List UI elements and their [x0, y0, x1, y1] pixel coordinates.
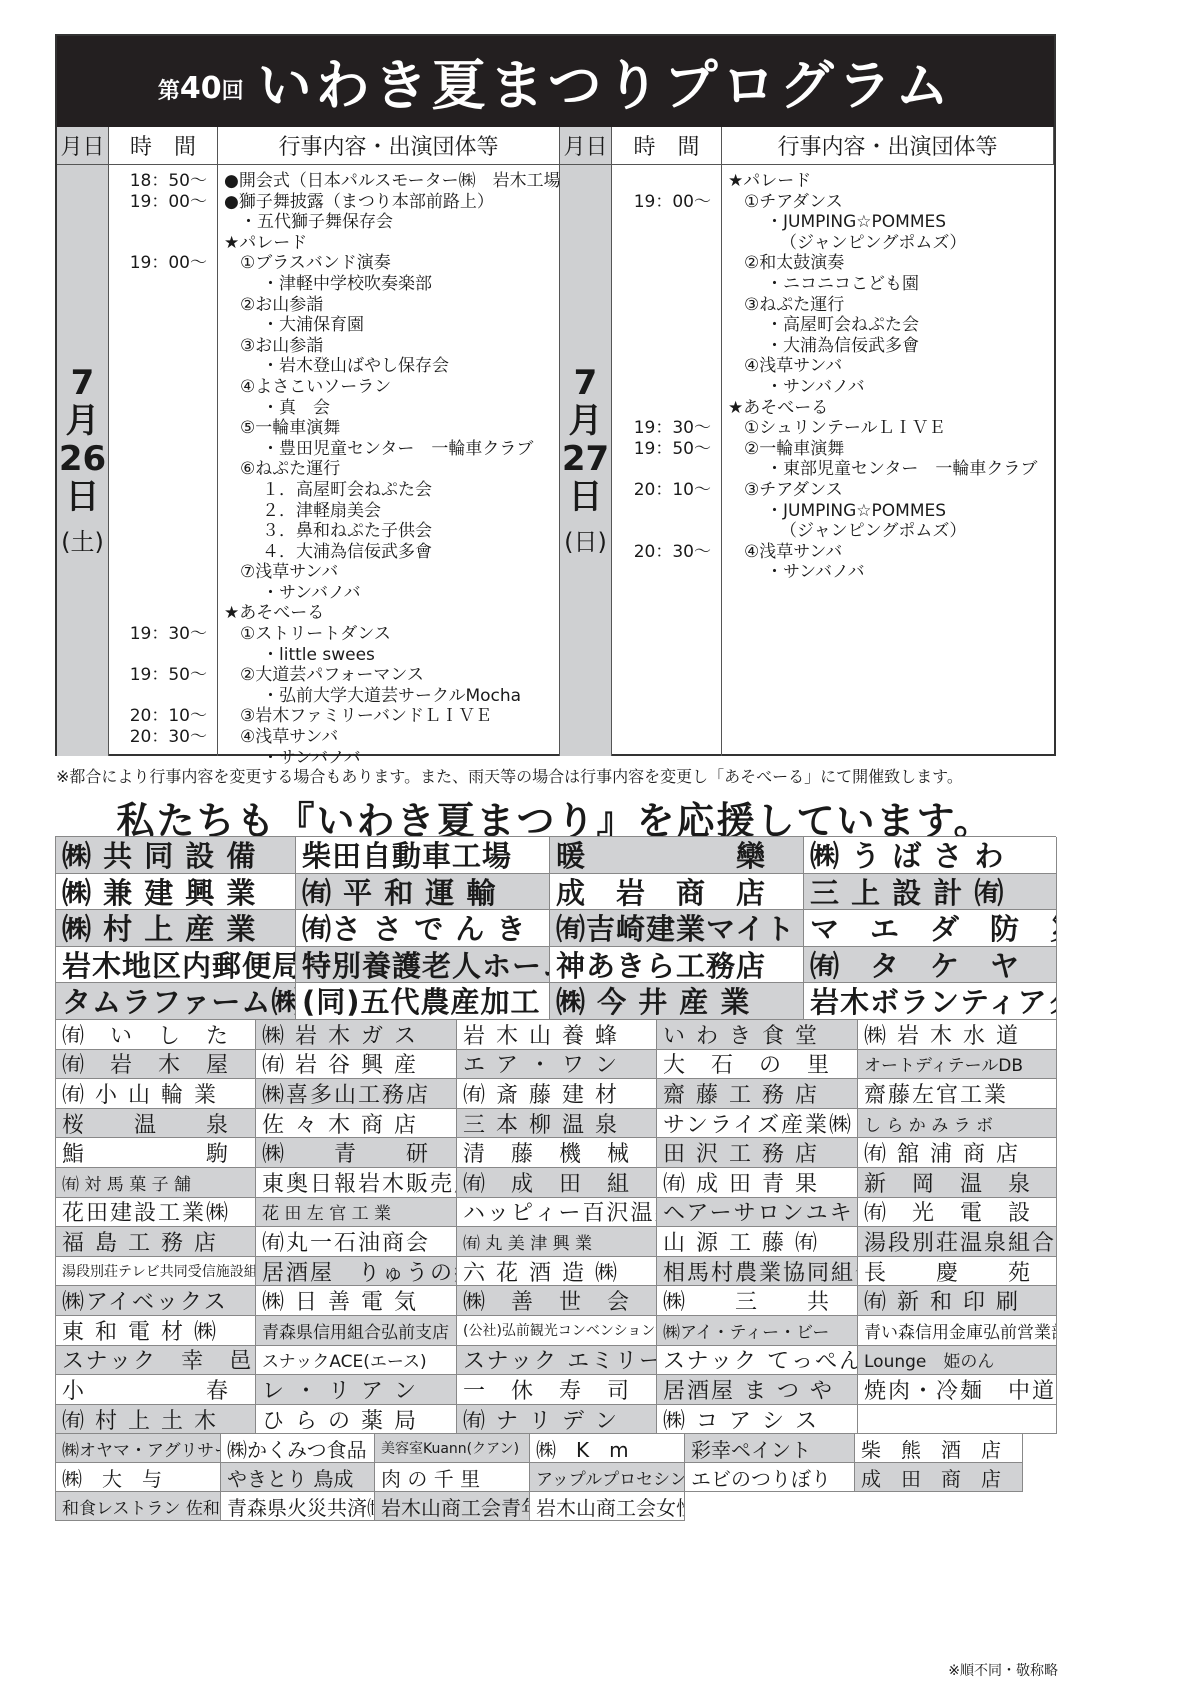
time-slot	[109, 336, 217, 357]
sponsor-cell: 居酒屋 りゅうの郷	[256, 1257, 457, 1287]
sponsor-cell: ㈲ 成 田 組	[457, 1168, 657, 1198]
time-slot: 20：10～	[612, 480, 721, 501]
sponsor-cell: 岩木山商工会青年部	[375, 1492, 530, 1521]
time-slot	[612, 315, 721, 336]
sponsor-cell: サンライズ産業㈱	[657, 1109, 858, 1139]
sponsor-cell: ㈱ 岩 木 ガ ス	[256, 1020, 457, 1050]
sponsor-cell: 青森県信用組合弘前支店	[256, 1316, 457, 1346]
time-slot	[612, 521, 721, 542]
event-line: ④浅草サンバ	[722, 356, 1054, 377]
event-line: ★パレード	[218, 233, 559, 254]
sponsor-cell: 花田建設工業㈱	[56, 1198, 256, 1228]
sponsor-cell: 成 岩 商 店	[550, 874, 804, 911]
sponsor-cell: 大 石 の 里	[657, 1050, 858, 1080]
time-slot	[612, 336, 721, 357]
sponsor-cell: やきとり 鳥成	[221, 1463, 375, 1492]
event-line: ●開会式（日本パルスモーター㈱ 岩木工場駐車場）	[218, 171, 559, 192]
sponsor-cell: 佐 々 木 商 店	[256, 1109, 457, 1139]
sponsor-cell: ㈲ ナ リ デ ン	[457, 1405, 657, 1435]
time-slot: 20：10～	[109, 706, 217, 727]
event-line: ③チアダンス	[722, 480, 1054, 501]
header-time: 時 間	[612, 127, 722, 165]
event-line: ★あそべーる	[218, 603, 559, 624]
sponsor-cell: ハッピィー百沢温泉	[457, 1198, 657, 1228]
time-slot	[109, 274, 217, 295]
sponsor-cell: 岩 木 山 養 蜂	[457, 1020, 657, 1050]
time-slot	[109, 212, 217, 233]
sponsor-cell: ㈲ 対 馬 菓 子 舗	[56, 1168, 256, 1198]
time-slot	[612, 356, 721, 377]
sponsor-cell: ㈱ 今 井 産 業	[550, 983, 804, 1020]
time-slot	[612, 212, 721, 233]
time-slot	[612, 501, 721, 522]
sponsor-cell: ㈱ 共 同 設 備	[56, 837, 296, 874]
time-slot	[109, 521, 217, 542]
time-slot: 19：00～	[612, 192, 721, 213]
sponsor-cell: スナック 幸 邑	[56, 1346, 256, 1376]
event-line: ・JUMPING☆POMMES	[722, 212, 1054, 233]
event-line: ④よさこいソーラン	[218, 377, 559, 398]
time-slot	[109, 542, 217, 563]
header-content: 行事内容・出演団体等	[722, 127, 1054, 165]
sponsor-cell: オートディテールDB	[858, 1050, 1057, 1080]
time-slot: 19：00～	[109, 192, 217, 213]
sponsor-cell: 東 和 電 材 ㈱	[56, 1316, 256, 1346]
sponsor-cell: ㈲ 平 和 運 輸	[296, 874, 550, 911]
event-line: ②和太鼓演奏	[722, 253, 1054, 274]
time-slot: 19：30～	[612, 418, 721, 439]
time-slot	[109, 398, 217, 419]
sponsor-cell: ㈲吉崎建業マイト	[550, 910, 804, 947]
event-line: ●獅子舞披露（まつり本部前路上）	[218, 192, 559, 213]
time-slot	[109, 459, 217, 480]
sponsor-cell: ㈲ 村 上 土 木	[56, 1405, 256, 1435]
time-slot	[612, 253, 721, 274]
sponsor-cell: ㈱ 兼 建 興 業	[56, 874, 296, 911]
sponsor-cell: ㈲ 光 電 設	[858, 1198, 1057, 1228]
event-line: １．高屋町会ねぷた会	[218, 480, 559, 501]
sponsor-cell: ㈱ 日 善 電 気	[256, 1286, 457, 1316]
sponsor-cell: ㈲ 岩 谷 興 産	[256, 1050, 457, 1080]
time-slot	[612, 398, 721, 419]
sponsor-cell: 彩幸ペイント	[685, 1434, 855, 1463]
event-line: ４．大浦為信佞武多會	[218, 542, 559, 563]
event-line: ・高屋町会ねぷた会	[722, 315, 1054, 336]
sponsor-cell: 清 藤 機 械	[457, 1138, 657, 1168]
sponsor-cell: レ ・ リ ア ン	[256, 1375, 457, 1405]
sponsor-cell: ㈲ 新 和 印 刷	[858, 1286, 1057, 1316]
sponsor-cell: し ら か み ラ ボ	[858, 1109, 1057, 1139]
header-date: 月日	[560, 127, 612, 165]
title-bar: 第40回 いわき夏まつりプログラム	[57, 36, 1054, 127]
sponsor-cell: 一 休 寿 司	[457, 1375, 657, 1405]
sponsor-cell: ㈱かくみつ食品	[221, 1434, 375, 1463]
sponsor-cell: 相馬村農業協同組合	[657, 1257, 858, 1287]
event-line: ・サンバノバ	[218, 583, 559, 604]
day-char: 日	[66, 478, 100, 516]
time-slot: 19：00～	[109, 253, 217, 274]
sponsor-cell: タムラファーム㈱	[56, 983, 296, 1020]
month-char: 月	[66, 402, 100, 440]
sponsor-cell: ㈱ 善 世 会	[457, 1286, 657, 1316]
event-line: ③ねぷた運行	[722, 295, 1054, 316]
sponsor-cell: ㈲ 斎 藤 建 材	[457, 1079, 657, 1109]
sponsor-cell: 湯段別荘温泉組合	[858, 1227, 1057, 1257]
date-cell-day1: 7 月 26 日 (土)	[57, 165, 109, 756]
sponsor-cell: ㈲ 舘 浦 商 店	[858, 1138, 1057, 1168]
event-line: ・岩木登山ばやし保存会	[218, 356, 559, 377]
time-slot	[109, 645, 217, 666]
sponsor-cell: 長 慶 苑	[858, 1257, 1057, 1287]
sponsor-cell: 齋藤左官工業	[858, 1079, 1057, 1109]
month: 7	[574, 364, 598, 402]
event-line: ⑥ねぷた運行	[218, 459, 559, 480]
event-line: ・大浦保育園	[218, 315, 559, 336]
sponsor-cell: 東奥日報岩木販売店	[256, 1168, 457, 1198]
event-line: （ジャンピングポムズ）	[722, 521, 1054, 542]
event-line: ・little swees	[218, 645, 559, 666]
sponsor-cell: 三 本 柳 温 泉	[457, 1109, 657, 1139]
sponsor-cell: (公社)弘前観光コンベンション協会	[457, 1316, 657, 1346]
sponsor-cell: 特別養護老人ホーム松山荘	[296, 947, 550, 984]
time-slot	[109, 501, 217, 522]
time-slot	[109, 377, 217, 398]
sponsor-cell: 成 田 商 店	[855, 1463, 1023, 1492]
sponsor-cell: ㈱アイベックス	[56, 1286, 256, 1316]
sponsor-cell: 神あきら工務店	[550, 947, 804, 984]
sponsor-cell: Lounge 姫のん	[858, 1346, 1057, 1376]
sponsor-cell: 肉 の 千 里	[375, 1463, 530, 1492]
sponsor-cell: い わ き 食 堂	[657, 1020, 858, 1050]
time-slot	[612, 171, 721, 192]
event-line: ★パレード	[722, 171, 1054, 192]
time-slot	[109, 356, 217, 377]
weekday: (土)	[61, 522, 104, 557]
sponsor-cell: アップルプロセシング	[530, 1463, 685, 1492]
event-line: ２．津軽扇美会	[218, 501, 559, 522]
time-slot	[109, 315, 217, 336]
edition-label: 第40回	[158, 71, 244, 106]
sponsor-cell: ヘアーサロンユキ	[657, 1198, 858, 1228]
time-slot	[109, 439, 217, 460]
sponsor-cell: ㈱アイ・ティー・ビー	[657, 1316, 858, 1346]
event-line: ・JUMPING☆POMMES	[722, 501, 1054, 522]
event-line: ★あそべーる	[722, 398, 1054, 419]
month: 7	[71, 364, 95, 402]
time-slot: 20：30～	[612, 542, 721, 563]
sponsor-cell: ㈱ 岩 木 水 道	[858, 1020, 1057, 1050]
event-line: ・東部児童センター 一輪車クラブ	[722, 459, 1054, 480]
time-slot	[109, 480, 217, 501]
event-line: ②大道芸パフォーマンス	[218, 665, 559, 686]
event-line: ③岩木ファミリーバンドＬＩＶＥ	[218, 706, 559, 727]
time-column-day2: 19：00～19：30～19：50～20：10～20：30～	[612, 165, 722, 756]
header-date: 月日	[57, 127, 109, 165]
sponsor-cell	[858, 1405, 1057, 1435]
event-column-day1: ●開会式（日本パルスモーター㈱ 岩木工場駐車場）●獅子舞披露（まつり本部前路上）…	[218, 165, 560, 756]
sponsor-grid-large: ㈱ 共 同 設 備柴田自動車工場暖 欒㈱ う ば さ わ㈱ 兼 建 興 業㈲ 平…	[55, 836, 1056, 1020]
time-slot	[109, 583, 217, 604]
time-slot	[612, 459, 721, 480]
time-slot: 19：50～	[612, 439, 721, 460]
event-line: ②一輪車演舞	[722, 439, 1054, 460]
sponsor-cell: スナック エミリー	[457, 1346, 657, 1376]
sponsor-cell: 六 花 酒 造 ㈱	[457, 1257, 657, 1287]
time-slot	[109, 233, 217, 254]
event-line: ・津軽中学校吹奏楽部	[218, 274, 559, 295]
sponsor-cell: 花 田 左 官 工 業	[256, 1198, 457, 1228]
time-slot	[109, 686, 217, 707]
sponsor-cell: 田 沢 工 務 店	[657, 1138, 858, 1168]
order-note: ※順不同・敬称略	[948, 1660, 1058, 1680]
event-line: ・サンバノバ	[722, 377, 1054, 398]
sponsor-cell: ㈲丸一石油商会	[256, 1227, 457, 1257]
event-line: ・サンバノバ	[722, 562, 1054, 583]
event-line: ④浅草サンバ	[218, 727, 559, 748]
sponsor-cell: ㈲ 岩 木 屋	[56, 1050, 256, 1080]
sponsor-grid-small: ㈱オヤマ・アグリサービス㈱かくみつ食品美容室Kuann(クアン)㈱ K m彩幸ペ…	[55, 1433, 1056, 1521]
sponsor-cell: (同)五代農産加工	[296, 983, 550, 1020]
time-slot	[109, 295, 217, 316]
time-slot: 19：50～	[109, 665, 217, 686]
event-line: ・ニコニコこども園	[722, 274, 1054, 295]
time-slot	[612, 295, 721, 316]
event-line: ①ストリートダンス	[218, 624, 559, 645]
rain-note: ※都合により行事内容を変更する場合もあります。また、雨天等の場合は行事内容を変更…	[56, 764, 1056, 787]
day: 26	[59, 440, 106, 478]
sponsor-grid-medium: ㈲ い し た㈱ 岩 木 ガ ス岩 木 山 養 蜂い わ き 食 堂㈱ 岩 木 …	[55, 1019, 1056, 1434]
weekday: (日)	[564, 522, 607, 557]
edition-suffix: 回	[222, 79, 244, 104]
sponsor-cell: ㈱オヤマ・アグリサービス	[56, 1434, 221, 1463]
event-line: ・大浦為信佞武多會	[722, 336, 1054, 357]
sponsor-cell: ㈱ 青 研	[256, 1138, 457, 1168]
event-line: ３．鼻和ねぷた子供会	[218, 521, 559, 542]
time-slot: 20：30～	[109, 727, 217, 748]
event-line: ・五代獅子舞保存会	[218, 212, 559, 233]
edition-number: 40	[180, 71, 222, 106]
header-time: 時 間	[109, 127, 218, 165]
sponsor-cell: 焼肉・冷麺 中道	[858, 1375, 1057, 1405]
sponsor-cell: ㈱ 村 上 産 業	[56, 910, 296, 947]
sponsor-cell: ㈱ コ ア シ ス	[657, 1405, 858, 1435]
sponsor-cell: 福 島 工 務 店	[56, 1227, 256, 1257]
event-line: ①シュリンテールＬＩＶＥ	[722, 418, 1054, 439]
time-slot	[612, 233, 721, 254]
time-slot	[612, 274, 721, 295]
sponsor-cell: 齋 藤 工 務 店	[657, 1079, 858, 1109]
sponsor-cell: スナックACE(エース)	[256, 1346, 457, 1376]
sponsor-cell: 桜 温 泉	[56, 1109, 256, 1139]
sponsor-cell: ㈱ う ば さ わ	[804, 837, 1057, 874]
sponsor-cell: ㈱ 大 与	[56, 1463, 221, 1492]
time-column-day1: 18：50～19：00～19：00～19：30～19：50～20：10～20：3…	[109, 165, 218, 756]
sponsor-cell: 和食レストラン 佐和家	[56, 1492, 221, 1521]
program-table: 第40回 いわき夏まつりプログラム 月日 時 間 行事内容・出演団体等 月日 時…	[55, 34, 1056, 756]
sponsor-cell: 柴 熊 酒 店	[855, 1434, 1023, 1463]
time-slot: 18：50～	[109, 171, 217, 192]
sponsor-cell: 鮨 駒	[56, 1138, 256, 1168]
sponsor-cell: ㈲ い し た	[56, 1020, 256, 1050]
sponsor-cell: 小 春	[56, 1375, 256, 1405]
time-slot	[109, 418, 217, 439]
event-column-day2: ★パレード①チアダンス・JUMPING☆POMMES（ジャンピングポムズ）②和太…	[722, 165, 1054, 756]
event-line: ⑤一輪車演舞	[218, 418, 559, 439]
event-line: （ジャンピングポムズ）	[722, 233, 1054, 254]
event-line: ⑦浅草サンバ	[218, 562, 559, 583]
sponsor-cell: 暖 欒	[550, 837, 804, 874]
sponsor-cell: ㈲ 丸 美 津 興 業	[457, 1227, 657, 1257]
header-content: 行事内容・出演団体等	[218, 127, 560, 165]
sponsor-cell: 三 上 設 計 ㈲	[804, 874, 1057, 911]
sponsor-cell: 柴田自動車工場	[296, 837, 550, 874]
sponsor-cell: 湯段別荘テレビ共同受信施設組合	[56, 1257, 256, 1287]
sponsor-cell: スナック てっぺん	[657, 1346, 858, 1376]
edition-prefix: 第	[158, 79, 180, 104]
sponsor-cell: エ ア ・ ワ ン	[457, 1050, 657, 1080]
date-cell-day2: 7 月 27 日 (日)	[560, 165, 612, 756]
time-slot: 19：30～	[109, 624, 217, 645]
time-slot	[109, 603, 217, 624]
event-line: ・弘前大学大道芸サークルMocha	[218, 686, 559, 707]
sponsor-cell: 青い森信用金庫弘前営業部	[858, 1316, 1057, 1346]
sponsor-cell: ㈲ タ ケ ヤ	[804, 947, 1057, 984]
event-line: ④浅草サンバ	[722, 542, 1054, 563]
sponsor-cell: ㈲ 小 山 輪 業	[56, 1079, 256, 1109]
program-grid: 月日 時 間 行事内容・出演団体等 月日 時 間 行事内容・出演団体等 7 月 …	[57, 127, 1054, 756]
sponsor-cell: 居酒屋 ま つ や	[657, 1375, 858, 1405]
sponsor-cell: マ エ ダ 防 災	[804, 910, 1057, 947]
sponsor-cell: 山 源 工 藤 ㈲	[657, 1227, 858, 1257]
day-char: 日	[569, 478, 603, 516]
sponsor-cell: ひ ら の 薬 局	[256, 1405, 457, 1435]
event-line: ①ブラスバンド演奏	[218, 253, 559, 274]
time-slot	[612, 562, 721, 583]
event-line: ②お山参詣	[218, 295, 559, 316]
event-line: ・真 会	[218, 398, 559, 419]
sponsor-cell: 美容室Kuann(クアン)	[375, 1434, 530, 1463]
sponsor-cell: エビのつりぼり	[685, 1463, 855, 1492]
time-slot	[109, 562, 217, 583]
event-line: ・豊田児童センター 一輪車クラブ	[218, 439, 559, 460]
sponsor-cell: 新 岡 温 泉	[858, 1168, 1057, 1198]
sponsor-cell: ㈱喜多山工務店	[256, 1079, 457, 1109]
sponsor-cell: ㈲ 成 田 青 果	[657, 1168, 858, 1198]
sponsor-cell: 岩木地区内郵便局	[56, 947, 296, 984]
sponsor-cell: ㈲さ さ で ん き	[296, 910, 550, 947]
month-char: 月	[569, 402, 603, 440]
day: 27	[562, 440, 609, 478]
sponsor-cell: ㈱ K m	[530, 1434, 685, 1463]
time-slot	[612, 377, 721, 398]
page-title: いわき夏まつりプログラム	[258, 43, 953, 120]
event-line: ①チアダンス	[722, 192, 1054, 213]
sponsor-cell: ㈱ 三 共	[657, 1286, 858, 1316]
event-line: ③お山参詣	[218, 336, 559, 357]
sponsor-cell: 青森県火災共済㈿	[221, 1492, 375, 1521]
sponsor-cell: 岩木山商工会女性部	[530, 1492, 685, 1521]
sponsor-cell: 岩木ボランティアクラブ	[804, 983, 1057, 1020]
